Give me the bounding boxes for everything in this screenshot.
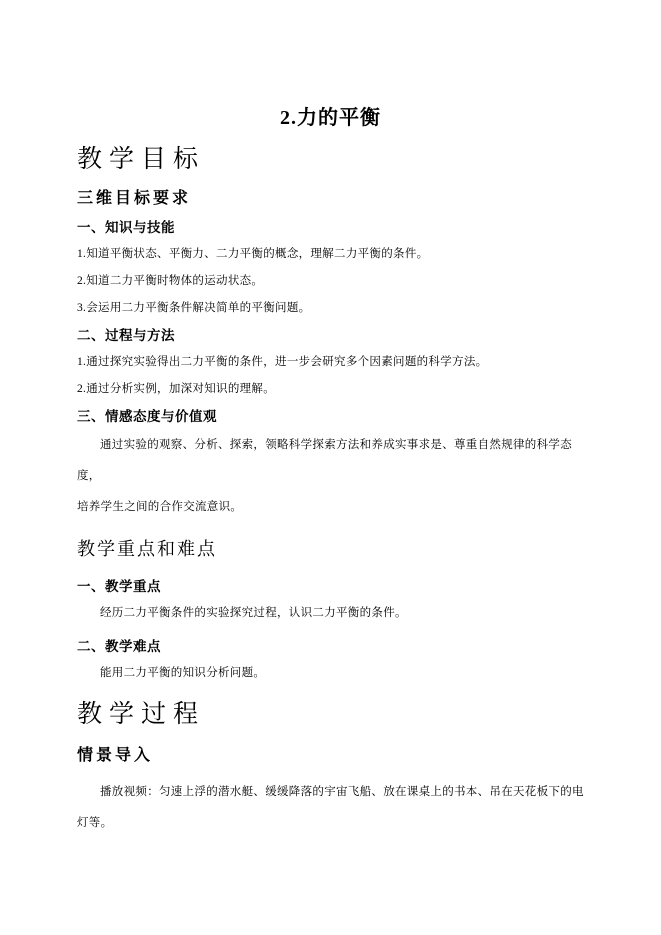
section-teaching-process: 教学过程 情景导入 播放视频：匀速上浮的潜水艇、缓缓降落的宇宙飞船、放在课桌上的… <box>77 695 584 839</box>
subheading-scenario-intro: 情景导入 <box>77 741 584 771</box>
paragraph-teaching-difficulty: 能用二力平衡的知识分析问题。 <box>77 660 584 687</box>
paragraph-teaching-focus: 经历二力平衡条件的实验探究过程，认识二力平衡的条件。 <box>77 600 584 627</box>
heading-process-methods: 二、过程与方法 <box>77 322 584 349</box>
paragraph-emotion-values: 通过实验的观察、分析、探索，领略科学探索方法和养成实事求是、尊重自然规律的科学态… <box>77 430 584 523</box>
heading-emotion-values: 三、情感态度与价值观 <box>77 403 584 430</box>
list-item: 2.通过分析实例，加深对知识的理解。 <box>77 376 584 403</box>
list-item: 3.会运用二力平衡条件解决简单的平衡问题。 <box>77 295 584 322</box>
list-item: 2.知道二力平衡时物体的运动状态。 <box>77 268 584 295</box>
heading-teaching-focus: 一、教学重点 <box>77 573 584 600</box>
heading-teaching-goals: 教学目标 <box>77 140 584 180</box>
section-key-points: 教学重点和难点 一、教学重点 经历二力平衡条件的实验探究过程，认识二力平衡的条件… <box>77 531 584 687</box>
paragraph-scenario-intro: 播放视频：匀速上浮的潜水艇、缓缓降落的宇宙飞船、放在课桌上的书本、吊在天花板下的… <box>77 777 584 839</box>
heading-teaching-difficulty: 二、教学难点 <box>77 633 584 660</box>
subheading-three-dimensional-goals: 三维目标要求 <box>77 184 584 214</box>
section-teaching-goals: 教学目标 三维目标要求 一、知识与技能 1.知道平衡状态、平衡力、二力平衡的概念… <box>77 140 584 523</box>
list-item: 1.知道平衡状态、平衡力、二力平衡的概念，理解二力平衡的条件。 <box>77 241 584 268</box>
heading-teaching-process: 教学过程 <box>77 695 584 735</box>
heading-knowledge-skills: 一、知识与技能 <box>77 214 584 241</box>
heading-key-points-difficulties: 教学重点和难点 <box>77 531 584 567</box>
doc-title: 2.力的平衡 <box>77 104 584 132</box>
list-item: 1.通过探究实验得出二力平衡的条件，进一步会研究多个因素问题的科学方法。 <box>77 349 584 376</box>
document-page: 2.力的平衡 教学目标 三维目标要求 一、知识与技能 1.知道平衡状态、平衡力、… <box>0 0 661 935</box>
